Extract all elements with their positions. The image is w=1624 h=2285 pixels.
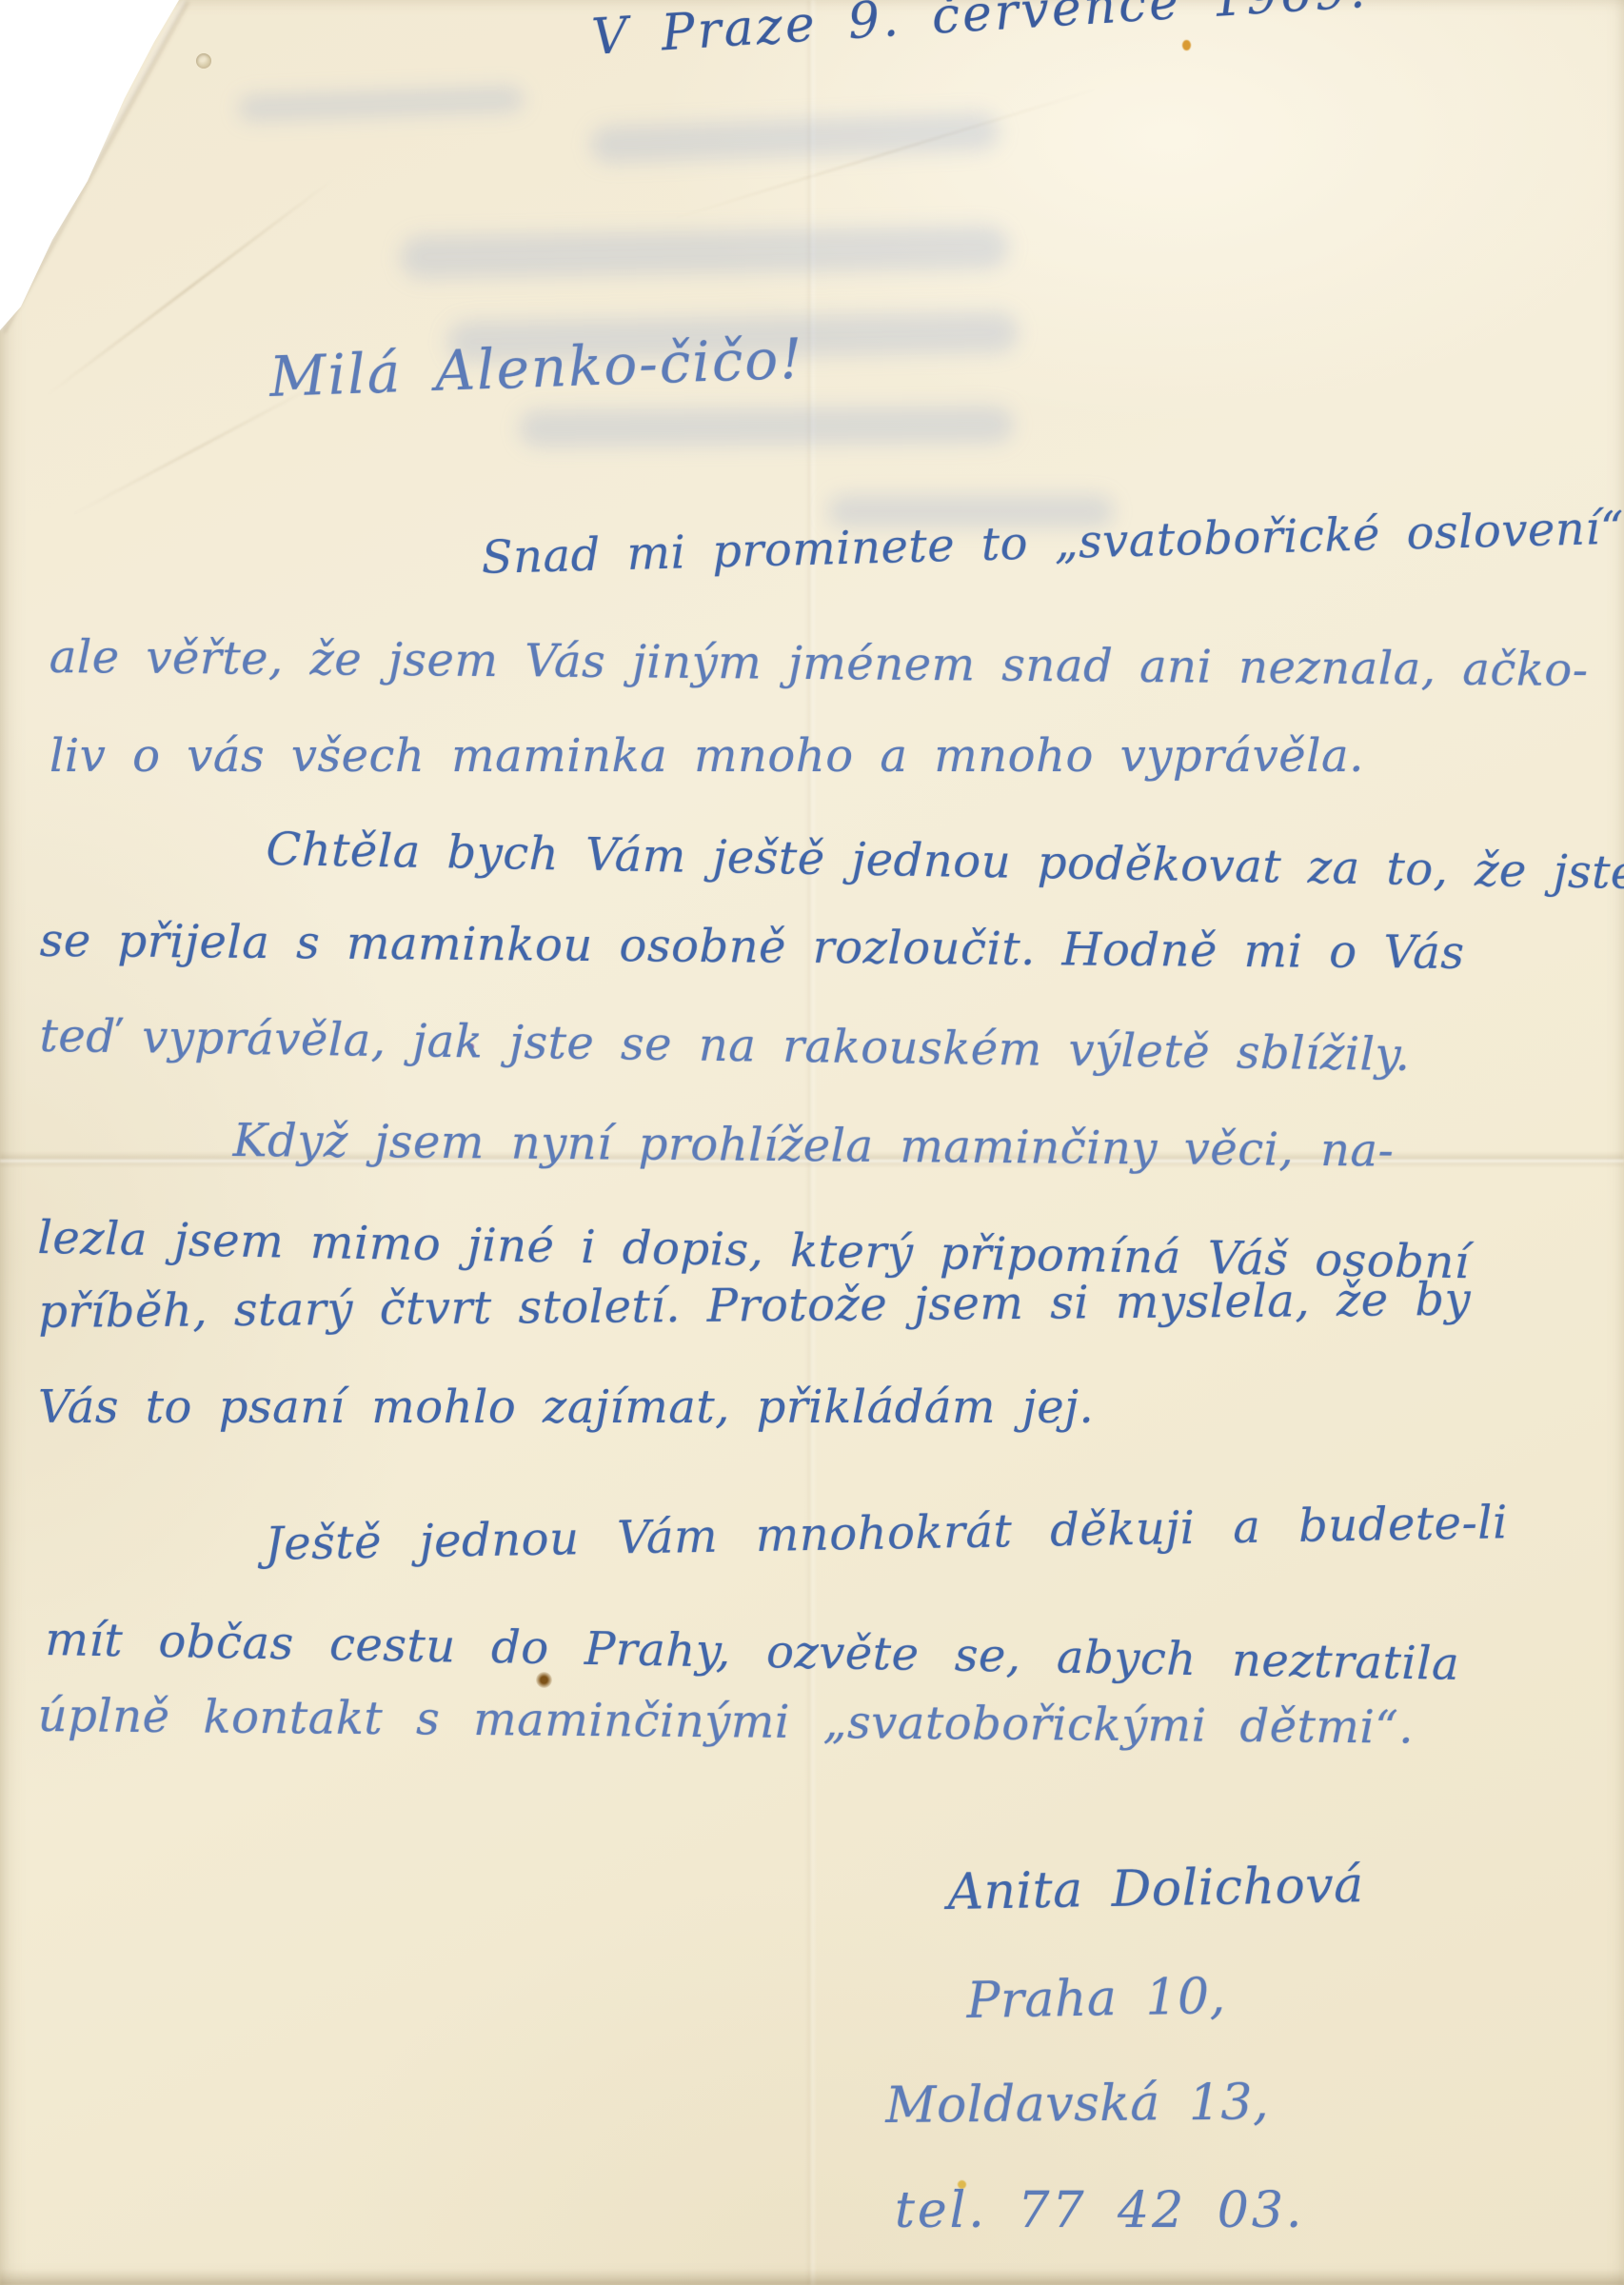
ink-bleed-ghost (589, 112, 1000, 165)
salutation: Milá Alenko-čičo! (268, 326, 805, 409)
paper-bottom-edge-shadow (0, 2270, 1624, 2285)
signature-name: Anita Dolichová (947, 1857, 1364, 1921)
letter-line: Ještě jednou Vám mnohokrát děkuji a bude… (265, 1496, 1508, 1571)
letter-line: se přijela s maminkou osobně rozloučit. … (40, 914, 1465, 980)
scanned-letter: V Praze 9. července 1969. Milá Alenko-či… (0, 0, 1624, 2285)
letter-line: Chtěla bych Vám ještě jednou poděkovat z… (266, 823, 1624, 900)
torn-corner-shadow (0, 0, 189, 333)
paper-sheet: V Praze 9. července 1969. Milá Alenko-či… (0, 0, 1624, 2285)
letter-line: Vás to psaní mohlo zajímat, přikládám je… (38, 1381, 1094, 1434)
pinhole (112, 25, 124, 38)
stain (1182, 40, 1191, 50)
ink-bleed-ghost (238, 86, 525, 122)
signature-phone: tel. 77 42 03. (895, 2182, 1304, 2239)
signature-street: Moldavská 13, (885, 2074, 1269, 2135)
ink-bleed-ghost (519, 406, 1014, 448)
letter-line: ale věřte, že jsem Vás jiným jménem snad… (50, 630, 1589, 697)
ink-bleed-ghost (400, 225, 1010, 279)
letter-line: mít občas cestu do Prahy, ozvěte se, aby… (45, 1613, 1460, 1691)
letter-line: Když jsem nyní prohlížela maminčiny věci… (233, 1114, 1395, 1178)
dateline: V Praze 9. července 1969. (590, 0, 1370, 67)
signature-city: Praha 10, (966, 1968, 1226, 2030)
letter-line: teď vyprávěla, jak jste se na rakouském … (39, 1009, 1411, 1082)
letter-line: příběh, starý čtvrt století. Protože jse… (38, 1273, 1471, 1339)
letter-line: liv o vás všech maminka mnoho a mnoho vy… (50, 729, 1364, 783)
pinhole (196, 53, 211, 69)
letter-line: úplně kontakt s maminčinými „svatobořick… (38, 1689, 1415, 1755)
